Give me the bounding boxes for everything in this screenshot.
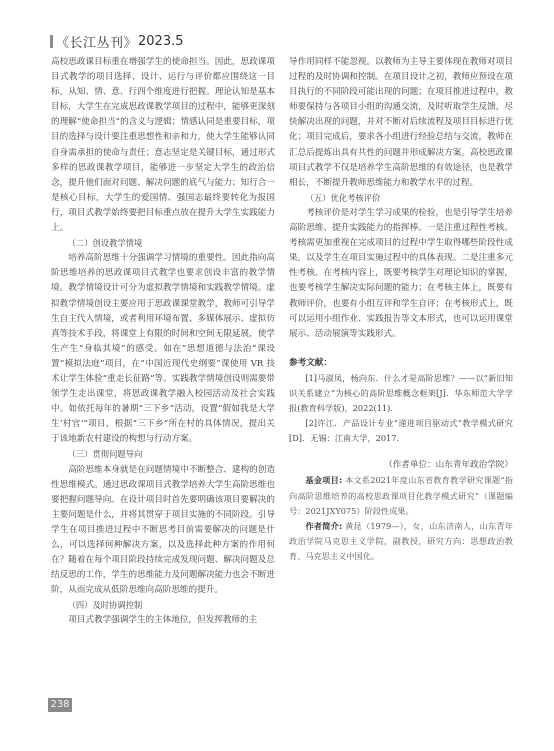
paragraph: 培养高阶思维十分强调学习情境的重要性。因此指向高阶思维培养的思政课项目式教学也要… — [51, 251, 275, 447]
author-affiliation: （作者单位：山东青年政治学院） — [289, 458, 513, 473]
fund-label: 基金项目: — [305, 475, 342, 485]
reference-item: [2]许江．产品设计专业“递进项目驱动式”教学模式研究[D]．无锡：江南大学，2… — [289, 416, 513, 446]
reference-item: [1]马淑凤，杨向东．什么才是高阶思维？——以“新旧知识关系建立”为核心的高阶思… — [289, 371, 513, 416]
paragraph: 项目式教学强调学生的主体地位，但发挥教师的主 — [51, 613, 275, 628]
journal-issue: 2023.5 — [138, 34, 184, 49]
references-heading: 参考文献： — [289, 356, 513, 371]
section-heading-4: （四）及时协调控制 — [51, 598, 275, 613]
header-bar-decoration — [50, 35, 53, 48]
author-bio: 作者简介: 黄昆（1979—），女，山东济南人，山东青年政治学院马克思主义学院，… — [289, 519, 513, 564]
right-column: 导作用同样不能忽视。以教师为主导主要体现在教师对项目过程的及时协调和控制。在项目… — [289, 55, 513, 564]
fund-note: 基金项目: 本文系2021年度山东省教育教学研究课题“指向高阶思维培养的高校思政… — [289, 473, 513, 518]
paragraph: 高校思政课目标重在增强学生的使命担当。因此，思政课项目式教学的项目选择、设计、运… — [51, 55, 275, 236]
page-number-badge: 238 — [48, 698, 72, 712]
section-heading-2: （二）创设教学情境 — [51, 236, 275, 251]
left-column: 高校思政课目标重在增强学生的使命担当。因此，思政课项目式教学的项目选择、设计、运… — [51, 55, 275, 629]
paragraph: 考核评价是对学生学习成果的检验，也是引导学生培养高阶思维、提升实践能力的指挥棒。… — [289, 206, 513, 342]
running-header: 《长江丛刊》 2023.5 — [50, 33, 184, 49]
author-label: 作者简介: — [305, 521, 342, 531]
paragraph: 导作用同样不能忽视。以教师为主导主要体现在教师对项目过程的及时协调和控制。在项目… — [289, 55, 513, 191]
section-heading-5: （五）优化考核评价 — [289, 191, 513, 206]
section-heading-3: （三）贯彻问题导向 — [51, 447, 275, 462]
paragraph: 高阶思维本身就是在问题情境中不断整合、建构的创造性思维模式。通过思政课项目式教学… — [51, 463, 275, 599]
journal-title: 《长江丛刊》 — [56, 32, 137, 51]
